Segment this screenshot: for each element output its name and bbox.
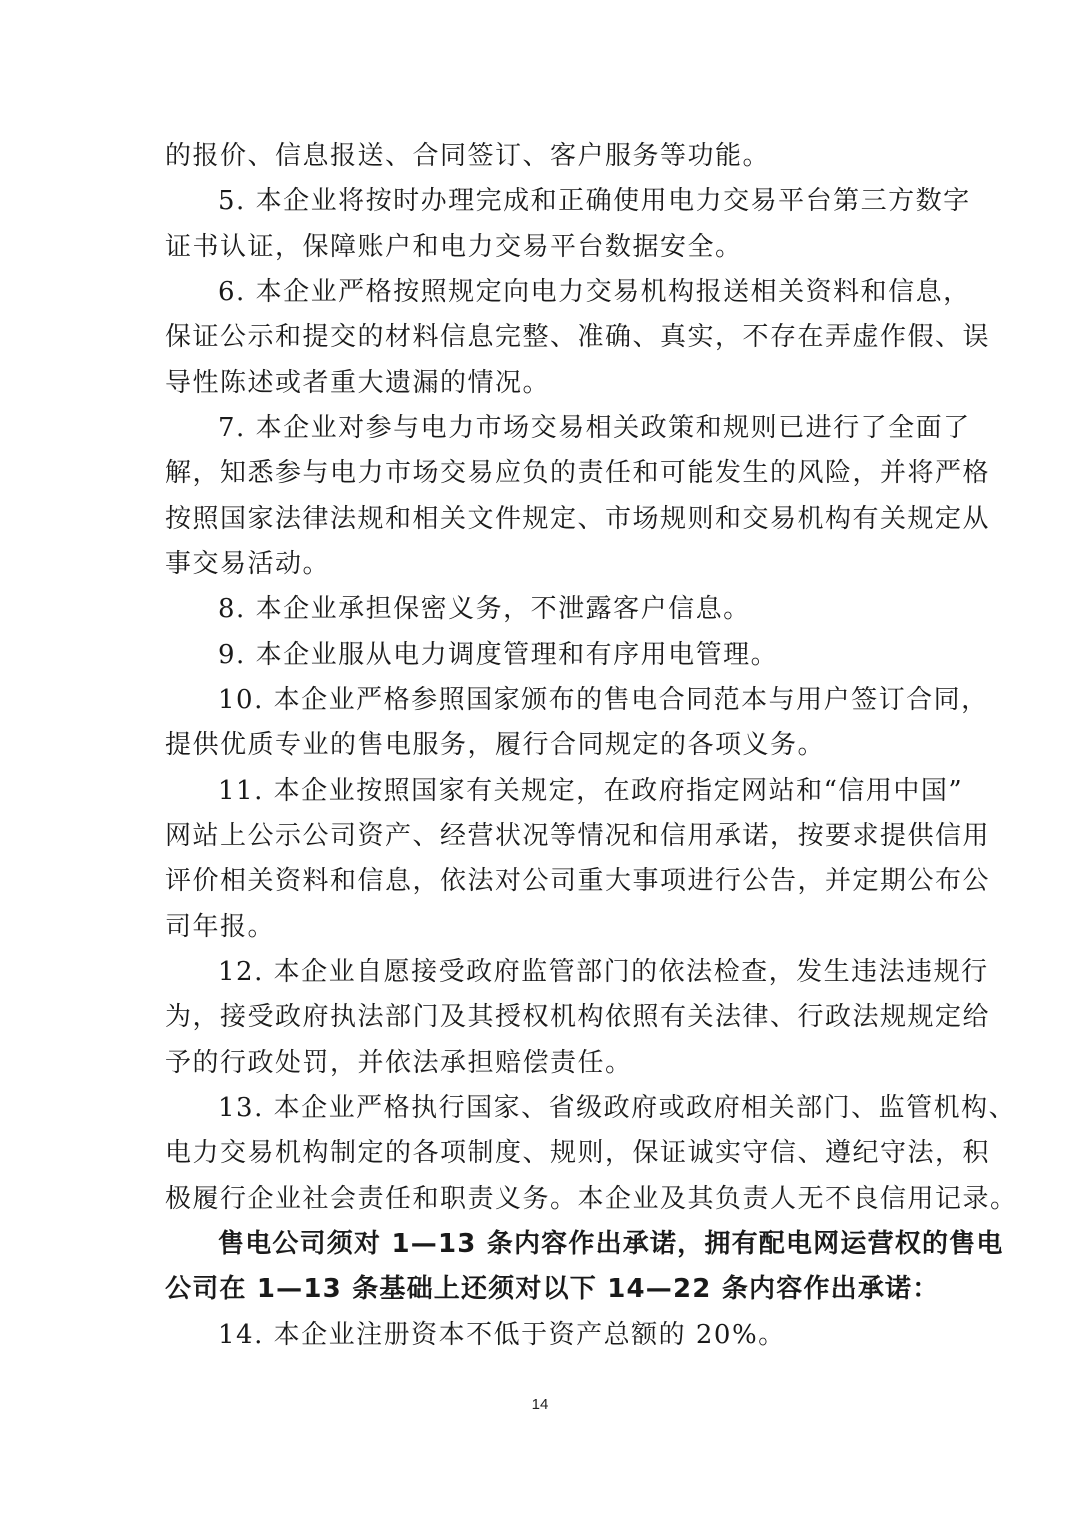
item-10-line-1: 10. 本企业严格参照国家颁布的售电合同范本与用户签订合同， [218,685,989,715]
item-7-line-2: 解，知悉参与电力市场交易应负的责任和可能发生的风险，并将严格 [165,458,990,488]
item-11-line-1: 11. 本企业按照国家有关规定，在政府指定网站和“信用中国” [218,776,963,806]
item-9-line-1: 9. 本企业服从电力调度管理和有序用电管理。 [218,640,778,670]
item-6-line-1: 6. 本企业严格按照规定向电力交易机构报送相关资料和信息， [218,277,971,307]
item-11-line-4: 司年报。 [165,912,275,942]
item-13-line-3: 极履行企业社会责任和职责义务。本企业及其负责人无不良信用记录。 [165,1184,1018,1214]
item-13-line-1: 13. 本企业严格执行国家、省级政府或政府相关部门、监管机构、 [218,1093,1016,1123]
item-5-line-2: 证书认证，保障账户和电力交易平台数据安全。 [165,232,743,262]
item-10-line-2: 提供优质专业的售电服务，履行合同规定的各项义务。 [165,730,825,760]
item-12-line-2: 为，接受政府执法部门及其授权机构依照有关法律、行政法规规定给 [165,1002,990,1032]
item-6-line-2: 保证公示和提交的材料信息完整、准确、真实，不存在弄虚作假、误 [165,322,990,352]
item-12-line-1: 12. 本企业自愿接受政府监管部门的依法检查，发生违法违规行 [218,957,989,987]
item-8-line-1: 8. 本企业承担保密义务，不泄露客户信息。 [218,594,751,624]
item-7-line-1: 7. 本企业对参与电力市场交易相关政策和规则已进行了全面了 [218,413,971,443]
document-page: 的报价、信息报送、合同签订、客户服务等功能。 5. 本企业将按时办理完成和正确使… [0,0,1080,1526]
item-11-line-3: 评价相关资料和信息，依法对公司重大事项进行公告，并定期公布公 [165,866,990,896]
paragraph-continuation-line-1: 的报价、信息报送、合同签订、客户服务等功能。 [165,141,770,171]
item-5-line-1: 5. 本企业将按时办理完成和正确使用电力交易平台第三方数字 [218,186,971,216]
item-7-line-4: 事交易活动。 [165,549,330,579]
item-13-line-2: 电力交易机构制定的各项制度、规则，保证诚实守信、遵纪守法，积 [165,1138,990,1168]
bold-note-line-1: 售电公司须对 1—13 条内容作出承诺，拥有配电网运营权的售电 [218,1229,1004,1259]
item-7-line-3: 按照国家法律法规和相关文件规定、市场规则和交易机构有关规定从 [165,504,990,534]
item-11-line-2: 网站上公示公司资产、经营状况等情况和信用承诺，按要求提供信用 [165,821,990,851]
item-14-line-1: 14. 本企业注册资本不低于资产总额的 20%。 [218,1320,786,1350]
item-6-line-3: 导性陈述或者重大遗漏的情况。 [165,368,550,398]
page-number: 14 [0,1396,1080,1413]
bold-note-line-2: 公司在 1—13 条基础上还须对以下 14—22 条内容作出承诺： [165,1274,939,1304]
item-12-line-3: 予的行政处罚，并依法承担赔偿责任。 [165,1048,633,1078]
